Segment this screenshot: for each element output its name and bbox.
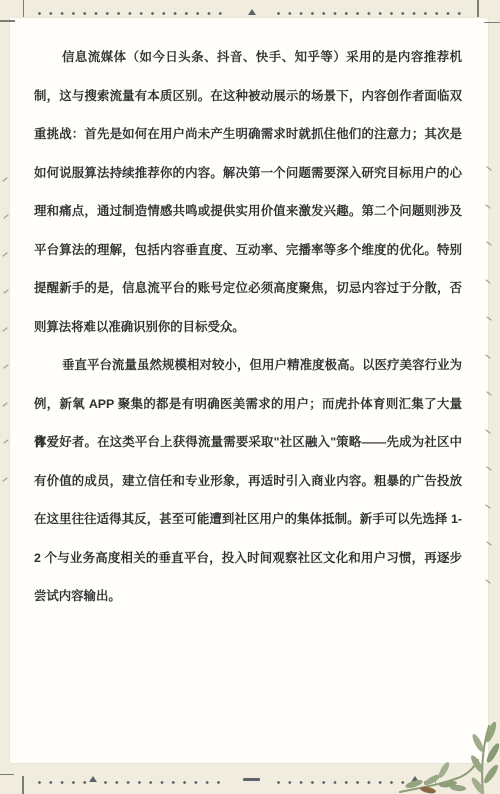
bottom-dotted-border-3 (277, 781, 407, 784)
text-line: 制，这与搜索流量有本质区别。在这种被动展示的场景下，内容创作者面临双 (34, 77, 462, 116)
text-line: 重挑战：首先是如何在用户尚未产生明确需求时就抓住他们的注意力；其次是 (34, 115, 462, 154)
corner-mark-top-right-v (477, 0, 479, 17)
text-line: 在这里往往适得其反，甚至可能遭到社区用户的集体抵制。新手可以先选择 1- (34, 500, 462, 539)
bottom-dotted-border-2 (104, 781, 224, 784)
top-dotted-border-right (277, 12, 467, 15)
top-dotted-border-left (38, 12, 224, 15)
text-line: 2 个与业务高度相关的垂直平台，投入时间观察社区文化和用户习惯，再逐步 (34, 539, 462, 578)
text-line: 提醒新手的是，信息流平台的账号定位必须高度聚焦，切忌内容过于分散，否 (34, 269, 462, 308)
triangle-marker-icon (89, 776, 97, 782)
text-line: 育爱好者。在这类平台上获得流量需要采取"社区融入"策略——先成为社区中 (34, 423, 462, 462)
corner-mark-top-right-h (484, 22, 500, 24)
article-text: 信息流媒体（如今日头条、抖音、快手、知乎等）采用的是内容推荐机 制，这与搜索流量… (34, 38, 462, 616)
text-line: 如何说服算法持续推荐你的内容。解决第一个问题需要深入研究目标用户的心 (34, 154, 462, 193)
text-line: 尝试内容输出。 (34, 577, 462, 616)
text-line: 有价值的成员，建立信任和专业形象，再适时引入商业内容。粗暴的广告投放 (34, 462, 462, 501)
corner-mark-bottom-left-v (22, 776, 24, 794)
leaf-branch-icon (398, 698, 500, 794)
bottom-dotted-border-1 (38, 781, 88, 784)
triangle-marker-icon (248, 9, 256, 15)
text-line: 垂直平台流量虽然规模相对较小，但用户精准度极高。以医疗美容行业为 (34, 346, 462, 385)
text-line: 平台算法的理解，包括内容垂直度、互动率、完播率等多个维度的优化。特别 (34, 231, 462, 270)
text-line: 例，新氧 APP 聚集的都是有明确医美需求的用户；而虎扑体育则汇集了大量体 (34, 385, 462, 424)
text-line: 则算法将难以准确识别你的目标受众。 (34, 308, 462, 347)
dash-marker-icon (243, 778, 260, 781)
document-page: 信息流媒体（如今日头条、抖音、快手、知乎等）采用的是内容推荐机 制，这与搜索流量… (0, 0, 500, 794)
corner-mark-bottom-left-h (0, 774, 14, 776)
text-line: 信息流媒体（如今日头条、抖音、快手、知乎等）采用的是内容推荐机 (34, 38, 462, 77)
text-line: 理和痛点，通过制造情感共鸣或提供实用价值来激发兴趣。第二个问题则涉及 (34, 192, 462, 231)
corner-mark-top-left-h (0, 20, 15, 22)
corner-mark-top-left-v (23, 0, 25, 17)
